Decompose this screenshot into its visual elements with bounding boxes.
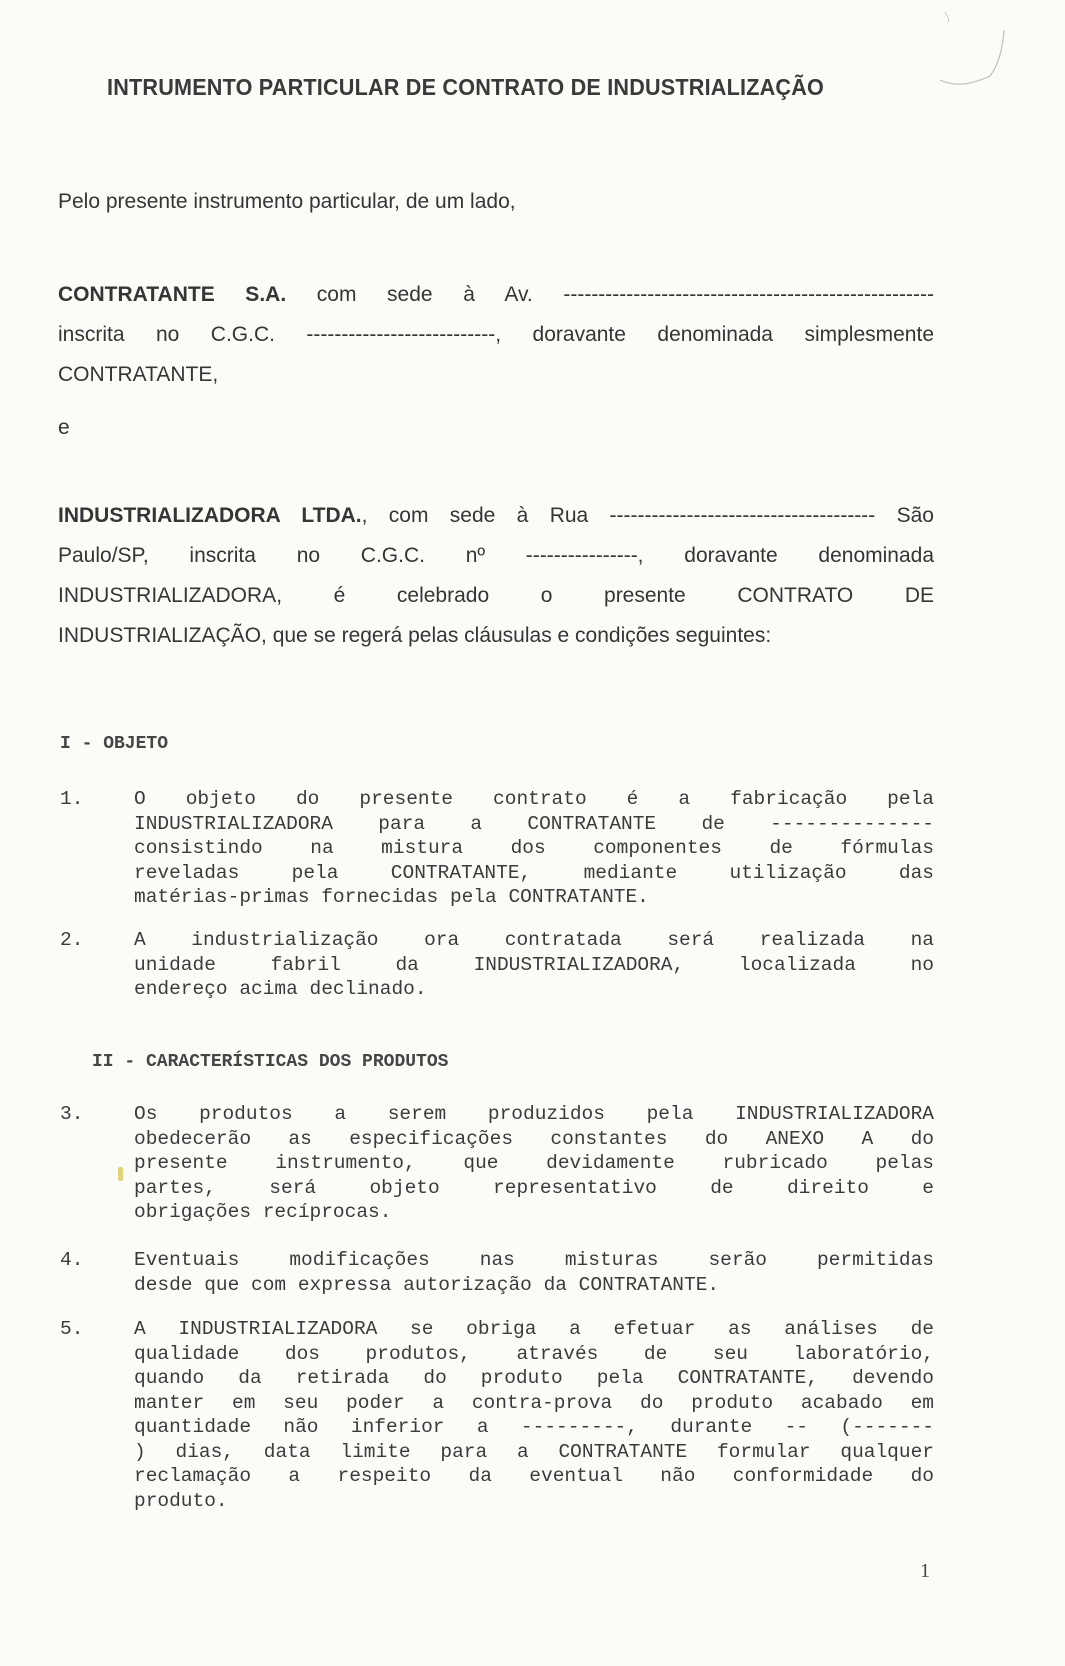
clause-number: 2. <box>60 928 83 953</box>
party1-line2: inscrita no C.G.C. ---------------------… <box>58 315 934 355</box>
document-title: INTRUMENTO PARTICULAR DE CONTRATO DE IND… <box>107 74 824 101</box>
page-number: 1 <box>920 1560 930 1583</box>
party2-line4: INDUSTRIALIZAÇÃO, que se regerá pelas cl… <box>58 616 934 656</box>
party1-name: CONTRATANTE S.A. <box>58 283 286 306</box>
party2-line3: INDUSTRIALIZADORA, é celebrado o present… <box>58 576 934 616</box>
clause-number: 5. <box>60 1317 83 1342</box>
section-heading-caracteristicas: II - CARACTERÍSTICAS DOS PRODUTOS <box>92 1052 448 1072</box>
intro-text: Pelo presente instrumento particular, de… <box>58 182 934 222</box>
clause-body: O objeto do presente contrato é a fabric… <box>134 787 934 910</box>
section-heading-objeto: I - OBJETO <box>60 734 168 754</box>
clause-number: 4. <box>60 1248 83 1273</box>
clause-body: Eventuais modificações nas misturas serã… <box>134 1248 934 1297</box>
party2-name: INDUSTRIALIZADORA LTDA. <box>58 504 362 527</box>
party1-line1: CONTRATANTE S.A. com sede à Av. --------… <box>58 275 934 315</box>
pen-mark <box>890 10 1010 100</box>
highlighter-mark <box>118 1167 123 1181</box>
conjunction: e <box>58 408 934 448</box>
party2-paragraph: INDUSTRIALIZADORA LTDA., com sede à Rua … <box>58 496 934 656</box>
party1-line3: CONTRATANTE, <box>58 355 934 395</box>
clause-body: A industrialização ora contratada será r… <box>134 928 934 1002</box>
clause-number: 1. <box>60 787 83 812</box>
party2-line1: INDUSTRIALIZADORA LTDA., com sede à Rua … <box>58 496 934 536</box>
clause-number: 3. <box>60 1102 83 1127</box>
party2-line2: Paulo/SP, inscrita no C.G.C. nº --------… <box>58 536 934 576</box>
clause-body: A INDUSTRIALIZADORA se obriga a efetuar … <box>134 1317 934 1513</box>
party1-paragraph: CONTRATANTE S.A. com sede à Av. --------… <box>58 275 934 395</box>
intro-paragraph: Pelo presente instrumento particular, de… <box>58 182 934 222</box>
clause-body: Os produtos a serem produzidos pela INDU… <box>134 1102 934 1225</box>
